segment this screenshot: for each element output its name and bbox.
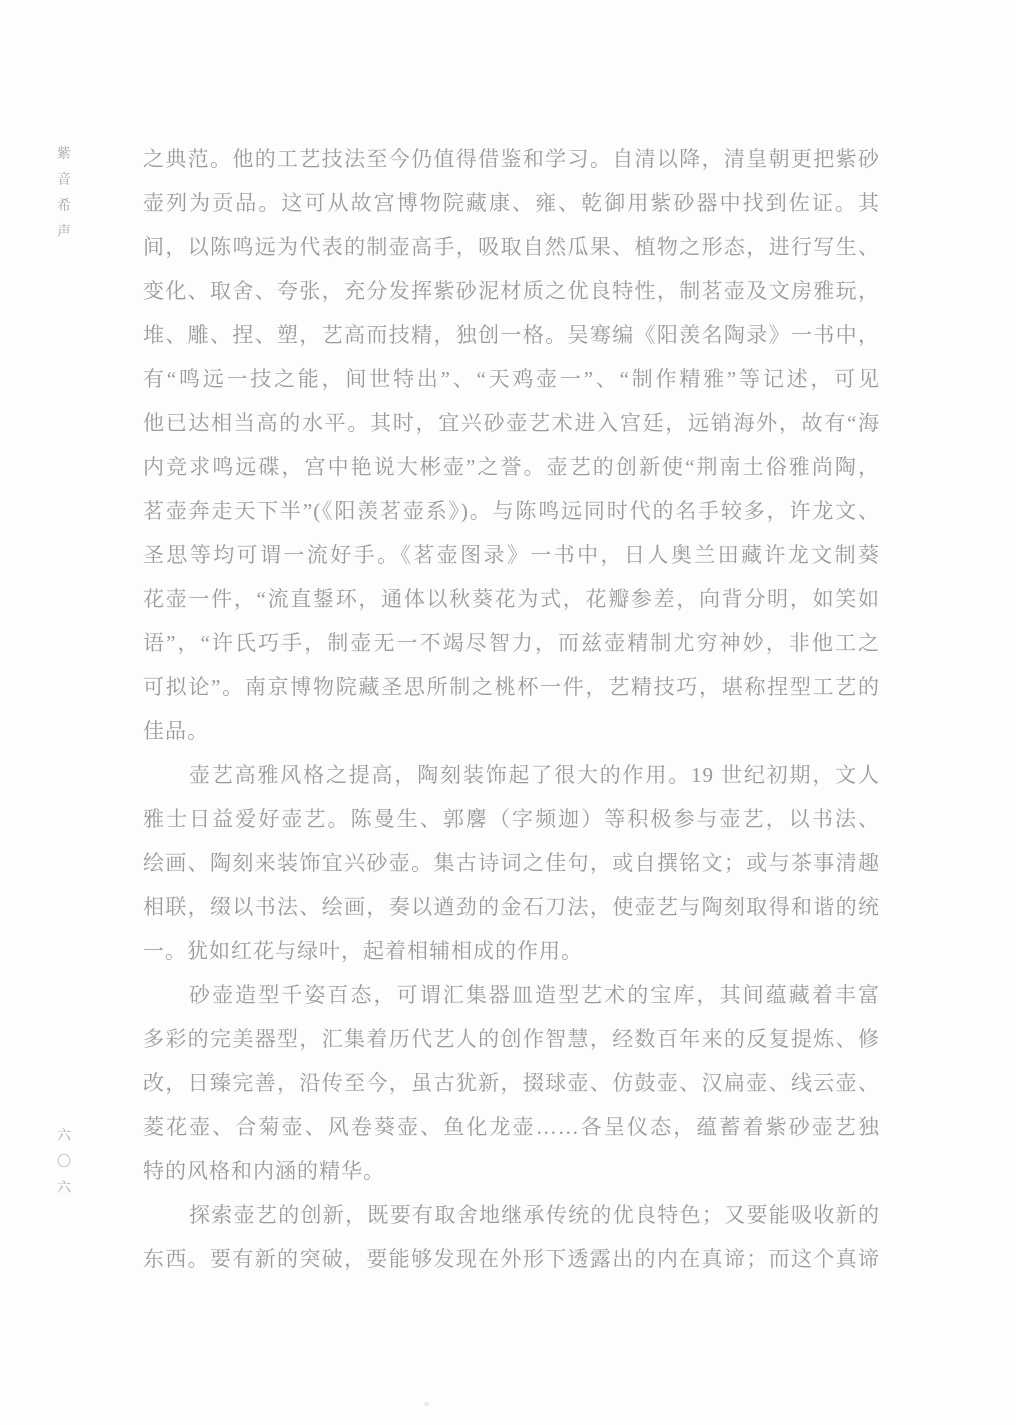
text-line: 壶列为贡品。这可从故宫博物院藏康、雍、乾御用紫砂器中找到佐证。其 <box>143 181 880 225</box>
text-line: 变化、取舍、夸张，充分发挥紫砂泥材质之优良特性，制茗壶及文房雅玩， <box>143 269 880 313</box>
margin-title-char: 希 <box>55 194 73 220</box>
margin-title-char: 紫 <box>55 142 73 168</box>
text-line: 相联，缀以书法、绘画，奏以遒劲的金石刀法，使壶艺与陶刻取得和谐的统 <box>143 885 880 929</box>
text-line: 花壶一件，“流直鋬环，通体以秋葵花为式，花瓣参差，向背分明，如笑如 <box>143 577 880 621</box>
text-line: 语”，“许氏巧手，制壶无一不竭尽智力，而兹壶精制尤穷神妙，非他工之 <box>143 621 880 665</box>
text-line-paragraph-start: 壶艺高雅风格之提高，陶刻装饰起了很大的作用。19 世纪初期，文人 <box>143 753 880 797</box>
text-line-paragraph-start: 砂壶造型千姿百态，可谓汇集器皿造型艺术的宝库，其间蕴藏着丰富 <box>143 973 880 1017</box>
scan-artifact-speck <box>424 1402 429 1406</box>
margin-title-char: 声 <box>55 220 73 246</box>
text-line: 间，以陈鸣远为代表的制壶高手，吸取自然瓜果、植物之形态，进行写生、 <box>143 225 880 269</box>
text-line: 堆、雕、捏、塑，艺高而技精，独创一格。吴骞编《阳羡名陶录》一书中， <box>143 313 880 357</box>
page-number-char: 〇 <box>55 1150 73 1176</box>
text-line: 雅士日益爱好壶艺。陈曼生、郭麐（字频迦）等积极参与壶艺，以书法、 <box>143 797 880 841</box>
text-line-paragraph-end: 一。犹如红花与绿叶，起着相辅相成的作用。 <box>143 929 880 973</box>
text-line: 内竞求鸣远碟，宫中艳说大彬壶”之誉。壶艺的创新使“荆南土俗雅尚陶， <box>143 445 880 489</box>
text-line: 改，日臻完善，沿传至今，虽古犹新，掇球壶、仿鼓壶、汉扁壶、线云壶、 <box>143 1061 880 1105</box>
text-line: 圣思等均可谓一流好手。《茗壶图录》一书中，日人奥兰田藏许龙文制葵 <box>143 533 880 577</box>
text-line: 可拟论”。南京博物院藏圣思所制之桃杯一件，艺精技巧，堪称捏型工艺的 <box>143 665 880 709</box>
scanned-page: 紫 音 希 声 六 〇 六 之典范。他的工艺技法至今仍值得借鉴和学习。自清以降，… <box>0 0 1016 1425</box>
text-line-paragraph-start: 探索壶艺的创新，既要有取舍地继承传统的优良特色；又要能吸收新的 <box>143 1193 880 1237</box>
text-line: 多彩的完美器型，汇集着历代艺人的创作智慧，经数百年来的反复提炼、修 <box>143 1017 880 1061</box>
page-number: 六 〇 六 <box>55 1124 73 1202</box>
text-line: 绘画、陶刻来装饰宜兴砂壶。集古诗词之佳句，或自撰铭文；或与茶事清趣 <box>143 841 880 885</box>
page-number-char: 六 <box>55 1176 73 1202</box>
text-line: 菱花壶、合菊壶、风卷葵壶、鱼化龙壶……各呈仪态，蕴蓄着紫砂壶艺独 <box>143 1105 880 1149</box>
text-line-paragraph-end: 佳品。 <box>143 709 880 753</box>
text-line: 有“鸣远一技之能，间世特出”、“天鸡壶一”、“制作精雅”等记述，可见 <box>143 357 880 401</box>
margin-book-title: 紫 音 希 声 <box>55 142 73 246</box>
text-line: 茗壶奔走天下半”(《阳羡茗壶系》)。与陈鸣远同时代的名手较多，许龙文、 <box>143 489 880 533</box>
page-number-char: 六 <box>55 1124 73 1150</box>
text-line: 他已达相当高的水平。其时，宜兴砂壶艺术进入宫廷，远销海外，故有“海 <box>143 401 880 445</box>
margin-title-char: 音 <box>55 168 73 194</box>
text-line: 东西。要有新的突破，要能够发现在外形下透露出的内在真谛；而这个真谛 <box>143 1237 880 1281</box>
text-line: 之典范。他的工艺技法至今仍值得借鉴和学习。自清以降，清皇朝更把紫砂 <box>143 137 880 181</box>
text-line-paragraph-end: 特的风格和内涵的精华。 <box>143 1149 880 1193</box>
body-text-block: 之典范。他的工艺技法至今仍值得借鉴和学习。自清以降，清皇朝更把紫砂 壶列为贡品。… <box>143 137 880 1281</box>
